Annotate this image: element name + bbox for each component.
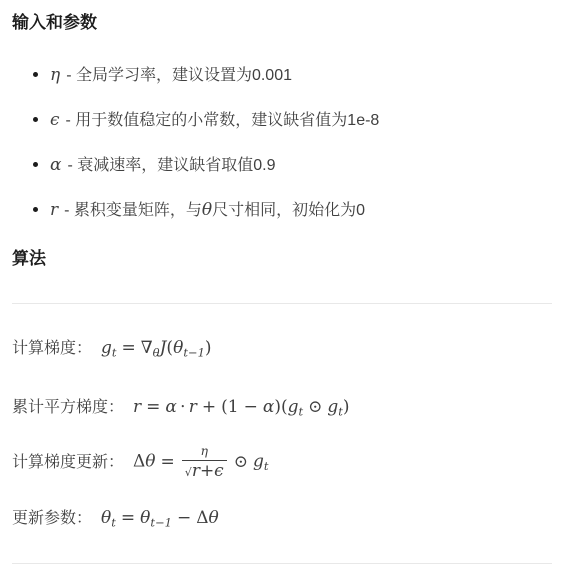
math-r: r	[189, 397, 197, 417]
math-symbol-theta: θ	[202, 200, 212, 220]
math-symbol-r: r	[50, 200, 58, 220]
math-theta: θ	[173, 338, 183, 358]
math-sub: t−1	[150, 515, 172, 529]
bullet-icon	[33, 207, 38, 212]
math-sub: t	[298, 404, 303, 418]
math-delta: Δ	[133, 452, 145, 472]
paren-open: (	[281, 397, 288, 417]
paren-open: (	[221, 397, 228, 417]
math-sub: t	[112, 346, 117, 360]
param-text: - 用于数值稳定的小常数，建议缺省值为1e-8	[66, 112, 380, 129]
math-equals: =	[146, 397, 160, 417]
math-r: r	[133, 397, 141, 417]
param-item-alpha: α- 衰减速率，建议缺省取值0.9	[33, 155, 552, 176]
param-item-eta: η- 全局学习率，建议设置为0.001	[33, 65, 552, 86]
formula-update-param: 更新参数：θt=θt−1−Δθ	[12, 506, 552, 535]
math-theta: θ	[209, 508, 219, 528]
formula-label: 更新参数：	[12, 510, 92, 527]
param-text: - 衰减速率，建议缺省取值0.9	[67, 157, 275, 174]
math-delta: Δ	[196, 508, 208, 528]
paren-close: )	[274, 397, 281, 417]
math-theta: θ	[145, 452, 155, 472]
document-page: 输入和参数 η- 全局学习率，建议设置为0.001 ϵ- 用于数值稳定的小常数，…	[12, 13, 552, 564]
formula-update-calc: 计算梯度更新：Δθ=η√r+ϵ⊙gt	[12, 445, 552, 480]
formula-label: 累计平方梯度：	[12, 399, 124, 416]
math-symbol-epsilon: ϵ	[50, 110, 60, 130]
nabla-symbol: ∇	[141, 338, 153, 358]
math-equals: =	[122, 338, 136, 358]
math-minus: −	[244, 397, 258, 417]
formula-gradient: 计算梯度：gt=∇θJ(θt−1)	[12, 336, 552, 365]
math-theta: θ	[140, 508, 150, 528]
section-title-algorithm: 算法	[12, 249, 552, 269]
math-odot: ⊙	[308, 397, 322, 417]
math-cdot: ⋅	[180, 397, 186, 417]
math-alpha: α	[263, 397, 274, 417]
math-symbol-eta: η	[50, 65, 60, 85]
math-sub: θ	[153, 346, 160, 360]
math-one: 1	[228, 397, 239, 417]
math-alpha: α	[165, 397, 176, 417]
sqrt-content: r+ϵ	[192, 460, 224, 481]
math-equals: =	[161, 452, 175, 472]
fraction-denominator: √r+ϵ	[182, 460, 227, 480]
math-g: g	[101, 338, 112, 358]
math-theta: θ	[101, 508, 111, 528]
param-text: 尺寸相同，初始化为0	[212, 202, 365, 219]
formula-label: 计算梯度更新：	[12, 454, 124, 471]
param-item-epsilon: ϵ- 用于数值稳定的小常数，建议缺省值为1e-8	[33, 110, 552, 131]
formula-accumulate: 累计平方梯度：r=α⋅r+(1−α)(gt⊙gt)	[12, 395, 552, 424]
divider	[12, 303, 552, 304]
parameter-list: η- 全局学习率，建议设置为0.001 ϵ- 用于数值稳定的小常数，建议缺省值为…	[12, 65, 552, 221]
math-g: g	[253, 452, 264, 472]
param-item-r: r- 累积变量矩阵，与θ尺寸相同，初始化为0	[33, 200, 552, 221]
formula-label: 计算梯度：	[12, 340, 92, 357]
math-plus: +	[202, 397, 216, 417]
math-symbol-alpha: α	[50, 155, 61, 175]
param-text: - 全局学习率，建议设置为0.001	[66, 67, 292, 84]
fraction-numerator: η	[182, 445, 227, 460]
paren-close: )	[205, 338, 212, 358]
math-sub: t	[111, 515, 116, 529]
math-sub: t−1	[183, 346, 205, 360]
math-minus: −	[177, 508, 191, 528]
param-text: - 累积变量矩阵，与	[64, 202, 202, 219]
bullet-icon	[33, 72, 38, 77]
fraction: η√r+ϵ	[182, 445, 227, 480]
math-sub: t	[264, 459, 269, 473]
bullet-icon	[33, 162, 38, 167]
math-g: g	[327, 397, 338, 417]
math-g: g	[288, 397, 299, 417]
paren-close: )	[343, 397, 350, 417]
bullet-icon	[33, 117, 38, 122]
sqrt-icon: √	[185, 466, 192, 479]
math-odot: ⊙	[234, 452, 248, 472]
section-title-inputs: 输入和参数	[12, 13, 552, 33]
math-equals: =	[121, 508, 135, 528]
